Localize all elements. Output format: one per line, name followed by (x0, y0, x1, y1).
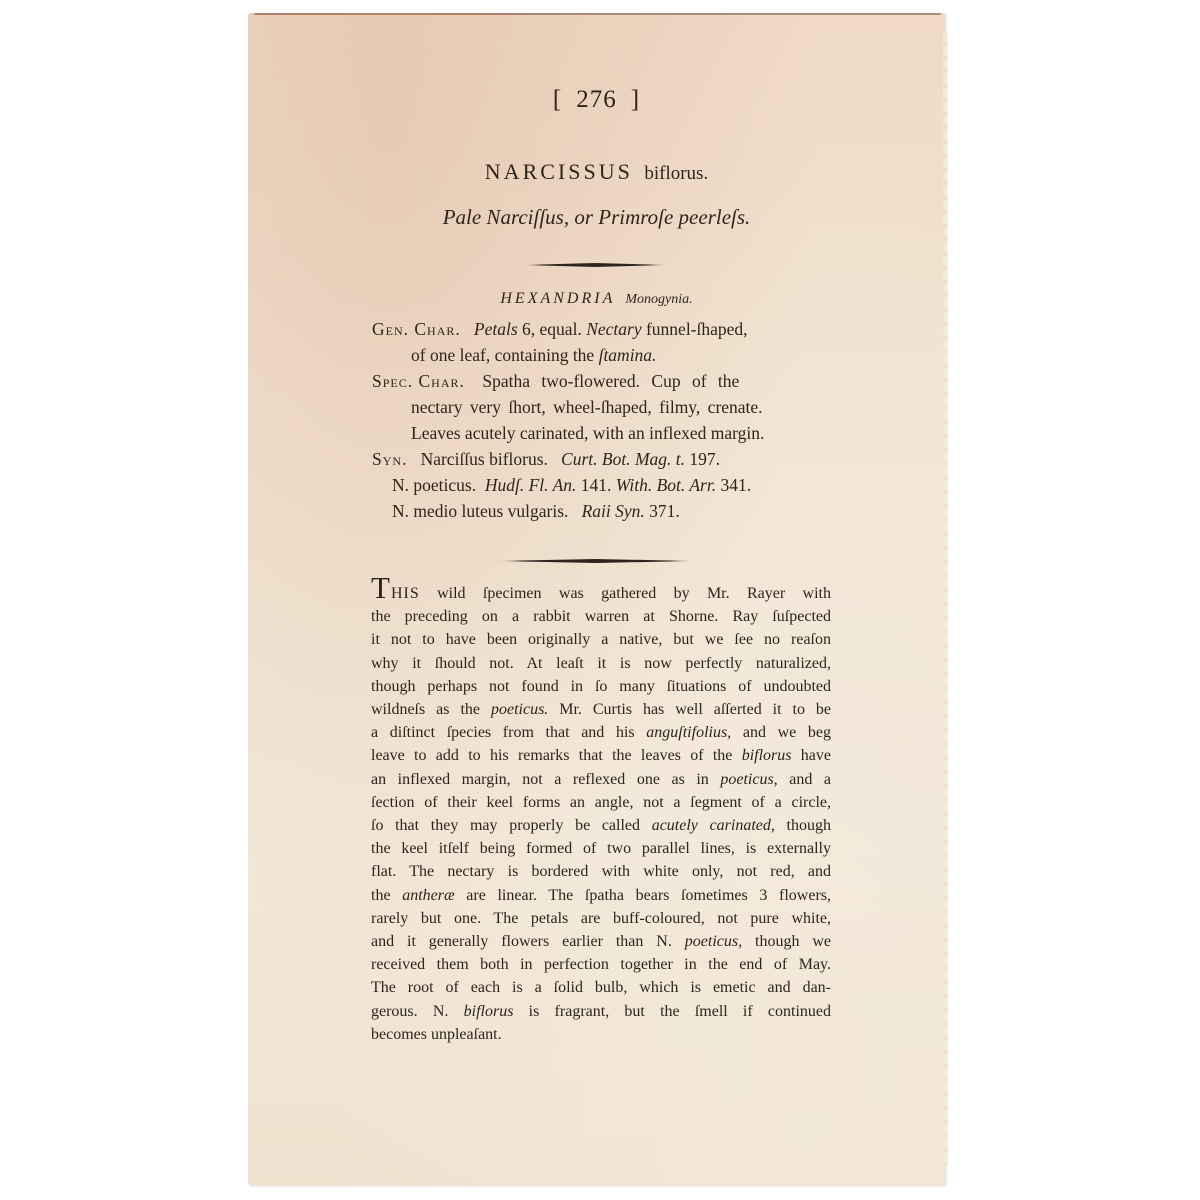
bracket-close: ] (631, 86, 640, 114)
gen-char-label: Gen. Char. (372, 319, 461, 339)
body-line: the preceding on a rabbit warren at Shor… (371, 605, 831, 628)
body-line: ſo that they may properly be called acut… (371, 814, 831, 837)
body-line: The root of each is a ſolid bulb, which … (371, 976, 831, 999)
class-name: HEXANDRIA (500, 290, 615, 307)
specific-character-line-3: Leaves acutely carinated, with an inflex… (372, 420, 830, 446)
page-number: [276] (248, 86, 945, 114)
body-line: flat. The nectary is bordered with white… (371, 860, 831, 883)
synonym-line-1: Syn. Narciſſus biflorus. Curt. Bot. Mag.… (372, 446, 830, 472)
drop-cap: T (371, 570, 390, 605)
antique-book-page: [276] NARCISSUS biflorus. Pale Narciſſus… (248, 13, 945, 1185)
body-line: ſection of their keel forms an angle, no… (371, 791, 831, 814)
generic-character-line-2: of one leaf, containing the ſtamina. (372, 342, 830, 368)
body-line: gerous. N. biflorus is fragrant, but the… (371, 1000, 831, 1023)
syn-label: Syn. (372, 449, 407, 469)
spec-char-label: Spec. Char. (372, 371, 465, 391)
body-line: a diſtinct ſpecies from that and his ang… (371, 721, 831, 744)
body-line: and it generally flowers earlier than N.… (371, 930, 831, 953)
specific-character-line-2: nectary very ſhort, wheel-ſhaped, filmy,… (372, 394, 830, 420)
body-line: it not to have been originally a native,… (371, 628, 831, 651)
bracket-open: [ (553, 86, 562, 114)
body-line: wildneſs as the poeticus. Mr. Curtis has… (371, 698, 831, 721)
plant-title: NARCISSUS biflorus. (248, 159, 945, 185)
description-paragraph: THIS wild ſpecimen was gathered by Mr. R… (371, 578, 831, 1046)
generic-character-line-1: Gen. Char. Petals 6, equal. Nectary funn… (372, 316, 830, 342)
ornamental-rule-top (523, 263, 667, 267)
synonym-line-2: N. poeticus. Hudſ. Fl. An. 141. With. Bo… (372, 472, 830, 498)
body-line: rarely but one. The petals are buff-colo… (371, 907, 831, 930)
body-line: leave to add to his remarks that the lea… (371, 744, 831, 767)
body-line: the antheræ are linear. The ſpatha bears… (371, 884, 831, 907)
synonym-line-3: N. medio luteus vulgaris. Raii Syn. 371. (372, 498, 830, 524)
genus-name: NARCISSUS (485, 159, 633, 184)
body-line: THIS wild ſpecimen was gathered by Mr. R… (371, 578, 831, 605)
species-name: biflorus. (644, 163, 708, 184)
order-name: Monogynia. (625, 292, 692, 307)
common-name: Pale Narciſſus, or Primroſe peerleſs. (248, 205, 945, 230)
linnaean-classification: HEXANDRIA Monogynia. (248, 290, 945, 308)
body-line: why it ſhould not. At leaſt it is now pe… (371, 652, 831, 675)
character-descriptions: Gen. Char. Petals 6, equal. Nectary funn… (372, 316, 830, 524)
body-line: received them both in perfection togethe… (371, 953, 831, 976)
body-line: though perhaps not found in ſo many ſitu… (371, 675, 831, 698)
specific-character-line-1: Spec. Char. Spatha two-flowered. Cup of … (372, 368, 830, 394)
page-number-value: 276 (576, 86, 617, 113)
body-line: the keel itſelf being formed of two para… (371, 837, 831, 860)
body-line: an inflexed margin, not a reflexed one a… (371, 768, 831, 791)
body-line: becomes unpleaſant. (371, 1023, 831, 1046)
ornamental-rule-bottom (498, 559, 694, 563)
